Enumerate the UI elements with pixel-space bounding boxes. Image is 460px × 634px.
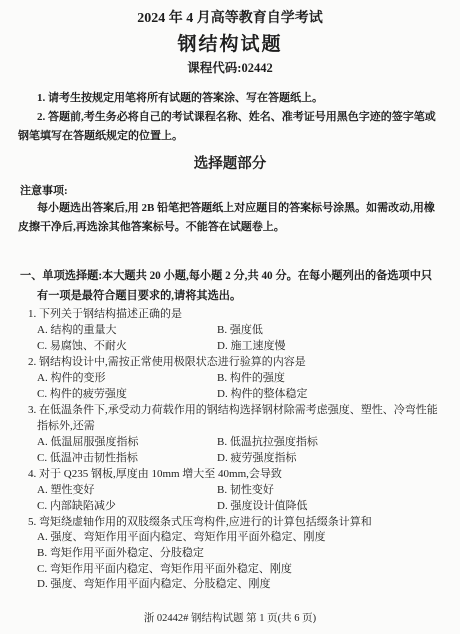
exam-paper-page: 2024 年 4 月高等教育自学考试 钢结构试题 课程代码:02442 1. 请… (0, 0, 460, 634)
question-4-option-b: B. 韧性变好 (217, 482, 442, 498)
question-2-option-c: C. 构件的疲劳强度 (37, 386, 217, 402)
question-1-options: A. 结构的重量大 B. 强度低 C. 易腐蚀、不耐火 D. 施工速度慢 (18, 322, 442, 354)
question-3-stem: 3. 在低温条件下,承受动力荷载作用的钢结构选择钢材除需考虑强度、塑性、冷弯性能… (28, 402, 442, 434)
question-3-option-b: B. 低温抗拉强度指标 (217, 434, 442, 450)
section-title: 选择题部分 (18, 155, 442, 174)
question-2-stem: 2. 钢结构设计中,需按正常使用极限状态进行验算的内容是 (28, 354, 442, 370)
part-one-heading: 一、单项选择题:本大题共 20 小题,每小题 2 分,共 40 分。在每小题列出… (20, 267, 442, 306)
question-1-stem: 1. 下列关于钢结构描述正确的是 (28, 306, 442, 322)
question-3-option-d: D. 疲劳强度指标 (217, 450, 442, 466)
instruction-note-2: 2. 答题前,考生务必将自己的考试课程名称、姓名、准考证号用黑色字迹的签字笔或钢… (18, 108, 442, 146)
question-5-option-b: B. 弯矩作用平面外稳定、分肢稳定 (37, 546, 442, 562)
question-2-option-b: B. 构件的强度 (217, 370, 442, 386)
question-5: 5. 弯矩绕虚轴作用的双肢缀条式压弯构件,应进行的计算包括缀条计算和 A. 强度… (18, 514, 442, 593)
question-4-option-c: C. 内部缺陷减少 (37, 498, 217, 514)
question-4-option-a: A. 塑性变好 (37, 482, 217, 498)
exam-session-title: 2024 年 4 月高等教育自学考试 (18, 9, 442, 28)
question-5-option-a: A. 强度、弯矩作用平面内稳定、弯矩作用平面外稳定、刚度 (37, 530, 442, 546)
exam-subject-title: 钢结构试题 (18, 32, 442, 57)
question-1-option-a: A. 结构的重量大 (37, 322, 217, 338)
question-1-option-c: C. 易腐蚀、不耐火 (37, 338, 217, 354)
question-2-options: A. 构件的变形 B. 构件的强度 C. 构件的疲劳强度 D. 构件的整体稳定 (18, 370, 442, 402)
question-3-options: A. 低温屈服强度指标 B. 低温抗拉强度指标 C. 低温冲击韧性指标 D. 疲… (18, 434, 442, 466)
question-3-option-a: A. 低温屈服强度指标 (37, 434, 217, 450)
question-2-option-d: D. 构件的整体稳定 (217, 386, 442, 402)
notice-body: 每小题选出答案后,用 2B 铅笔把答题纸上对应题目的答案标号涂黑。如需改动,用橡… (18, 199, 442, 237)
question-2: 2. 钢结构设计中,需按正常使用极限状态进行验算的内容是 A. 构件的变形 B.… (18, 354, 442, 402)
question-4: 4. 对于 Q235 钢板,厚度由 10mm 增大至 40mm,会导致 A. 塑… (18, 466, 442, 514)
question-4-option-d: D. 强度设计值降低 (217, 498, 442, 514)
course-code: 课程代码:02442 (18, 60, 442, 76)
question-4-stem: 4. 对于 Q235 钢板,厚度由 10mm 增大至 40mm,会导致 (28, 466, 442, 482)
question-3-option-c: C. 低温冲击韧性指标 (37, 450, 217, 466)
question-4-options: A. 塑性变好 B. 韧性变好 C. 内部缺陷减少 D. 强度设计值降低 (18, 482, 442, 514)
notice-label: 注意事项: (20, 183, 442, 199)
instruction-note-1: 1. 请考生按规定用笔将所有试题的答案涂、写在答题纸上。 (18, 89, 442, 108)
question-1-option-d: D. 施工速度慢 (217, 338, 442, 354)
question-5-option-d: D. 强度、弯矩作用平面内稳定、分肢稳定、刚度 (37, 577, 442, 593)
question-3: 3. 在低温条件下,承受动力荷载作用的钢结构选择钢材除需考虑强度、塑性、冷弯性能… (18, 402, 442, 466)
page-footer: 浙 02442# 钢结构试题 第 1 页(共 6 页) (0, 612, 460, 626)
question-5-stem: 5. 弯矩绕虚轴作用的双肢缀条式压弯构件,应进行的计算包括缀条计算和 (28, 514, 442, 530)
question-5-option-c: C. 弯矩作用平面内稳定、弯矩作用平面外稳定、刚度 (37, 562, 442, 578)
question-1-option-b: B. 强度低 (217, 322, 442, 338)
question-5-options: A. 强度、弯矩作用平面内稳定、弯矩作用平面外稳定、刚度 B. 弯矩作用平面外稳… (18, 530, 442, 593)
question-1: 1. 下列关于钢结构描述正确的是 A. 结构的重量大 B. 强度低 C. 易腐蚀… (18, 306, 442, 354)
question-2-option-a: A. 构件的变形 (37, 370, 217, 386)
